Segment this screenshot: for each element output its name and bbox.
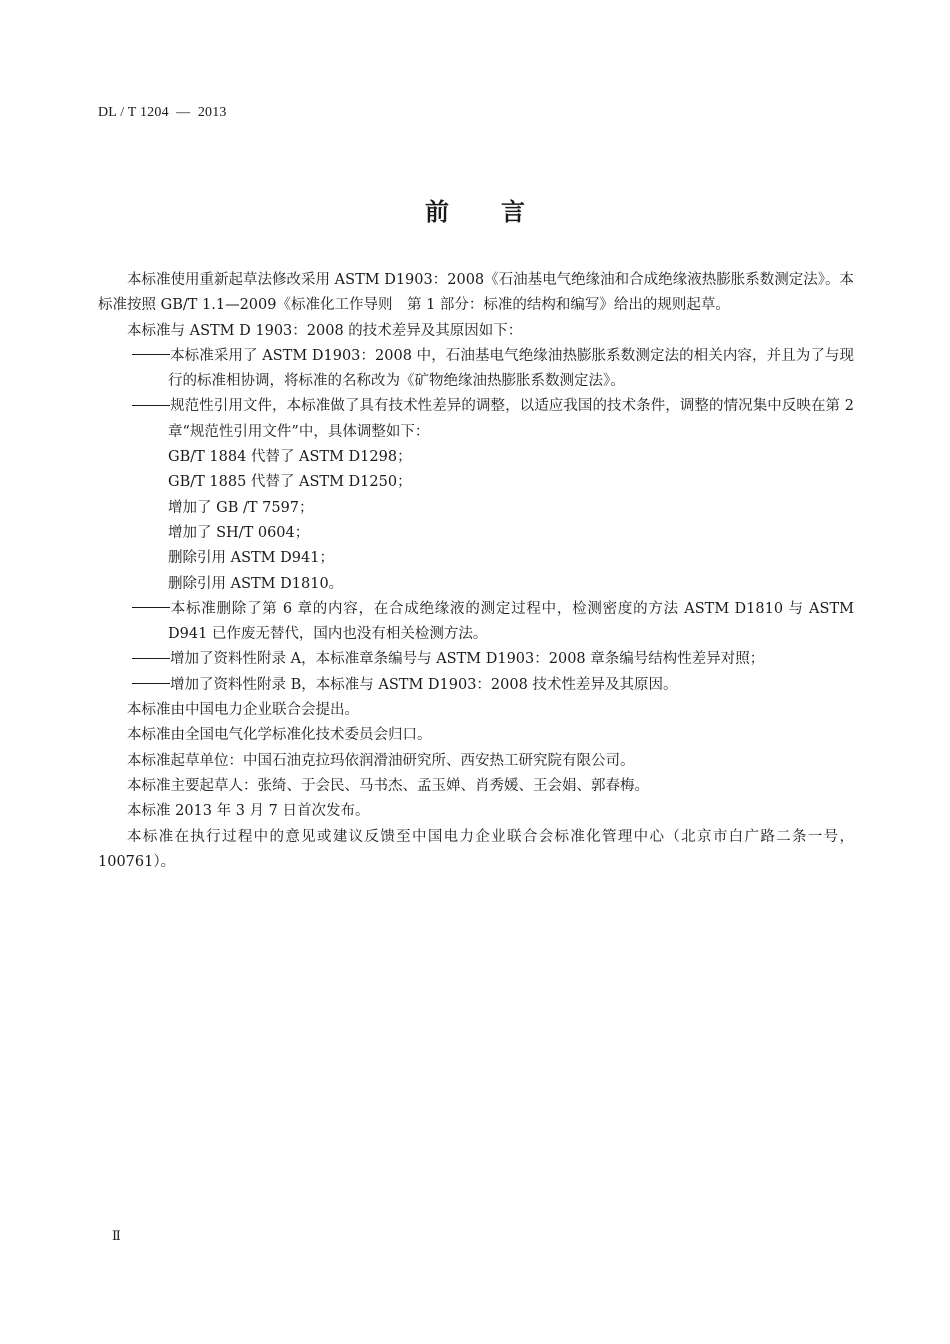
diff-intro-paragraph: 本标准与 ASTM D 1903：2008 的技术差异及其原因如下： xyxy=(98,319,854,344)
ref-change-item: GB/T 1885 代替了 ASTM D1250； xyxy=(98,470,854,495)
dash-marker xyxy=(132,683,170,684)
ref-change-item: 增加了 SH/T 0604； xyxy=(98,521,854,546)
main-drafters-paragraph: 本标准主要起草人：张绮、于会民、马书杰、孟玉婵、肖秀媛、王会娟、郭春梅。 xyxy=(98,774,854,799)
standard-number: 1204 xyxy=(140,105,169,120)
ref-change-item: 删除引用 ASTM D1810。 xyxy=(98,572,854,597)
standard-year: 2013 xyxy=(198,105,227,120)
header-separator: — xyxy=(176,105,190,120)
page-title: 前言 xyxy=(0,192,950,227)
first-release-paragraph: 本标准 2013 年 3 月 7 日首次发布。 xyxy=(98,799,854,824)
intro-paragraph: 本标准使用重新起草法修改采用 ASTM D1903：2008《石油基电气绝缘油和… xyxy=(98,268,854,319)
title-char-1: 前 xyxy=(425,192,449,227)
dash-marker xyxy=(132,607,170,608)
diff-item: 本标准采用了 ASTM D1903：2008 中，石油基电气绝缘油热膨胀系数测定… xyxy=(98,344,854,395)
managed-by-paragraph: 本标准由全国电气化学标准化技术委员会归口。 xyxy=(98,723,854,748)
diff-item: 本标准删除了第 6 章的内容，在合成绝缘液的测定过程中，检测密度的方法 ASTM… xyxy=(98,597,854,648)
standard-code: DL / T xyxy=(98,105,136,120)
dash-marker xyxy=(132,405,170,406)
dash-marker xyxy=(132,658,170,659)
diff-item: 增加了资料性附录 A，本标准章条编号与 ASTM D1903：2008 章条编号… xyxy=(98,647,854,672)
document-header: DL / T 1204 — 2013 xyxy=(98,105,227,121)
ref-change-item: GB/T 1884 代替了 ASTM D1298； xyxy=(98,445,854,470)
page-number: Ⅱ xyxy=(112,1228,121,1244)
feedback-paragraph: 本标准在执行过程中的意见或建议反馈至中国电力企业联合会标准化管理中心（北京市白广… xyxy=(98,825,854,876)
ref-change-item: 删除引用 ASTM D941； xyxy=(98,546,854,571)
ref-change-item: 增加了 GB /T 7597； xyxy=(98,496,854,521)
document-body: 本标准使用重新起草法修改采用 ASTM D1903：2008《石油基电气绝缘油和… xyxy=(98,268,854,875)
proposed-by-paragraph: 本标准由中国电力企业联合会提出。 xyxy=(98,698,854,723)
diff-item: 规范性引用文件，本标准做了具有技术性差异的调整，以适应我国的技术条件，调整的情况… xyxy=(98,394,854,445)
dash-marker xyxy=(132,354,170,355)
title-char-2: 言 xyxy=(501,192,525,227)
diff-item: 增加了资料性附录 B，本标准与 ASTM D1903：2008 技术性差异及其原… xyxy=(98,673,854,698)
drafting-units-paragraph: 本标准起草单位：中国石油克拉玛依润滑油研究所、西安热工研究院有限公司。 xyxy=(98,749,854,774)
